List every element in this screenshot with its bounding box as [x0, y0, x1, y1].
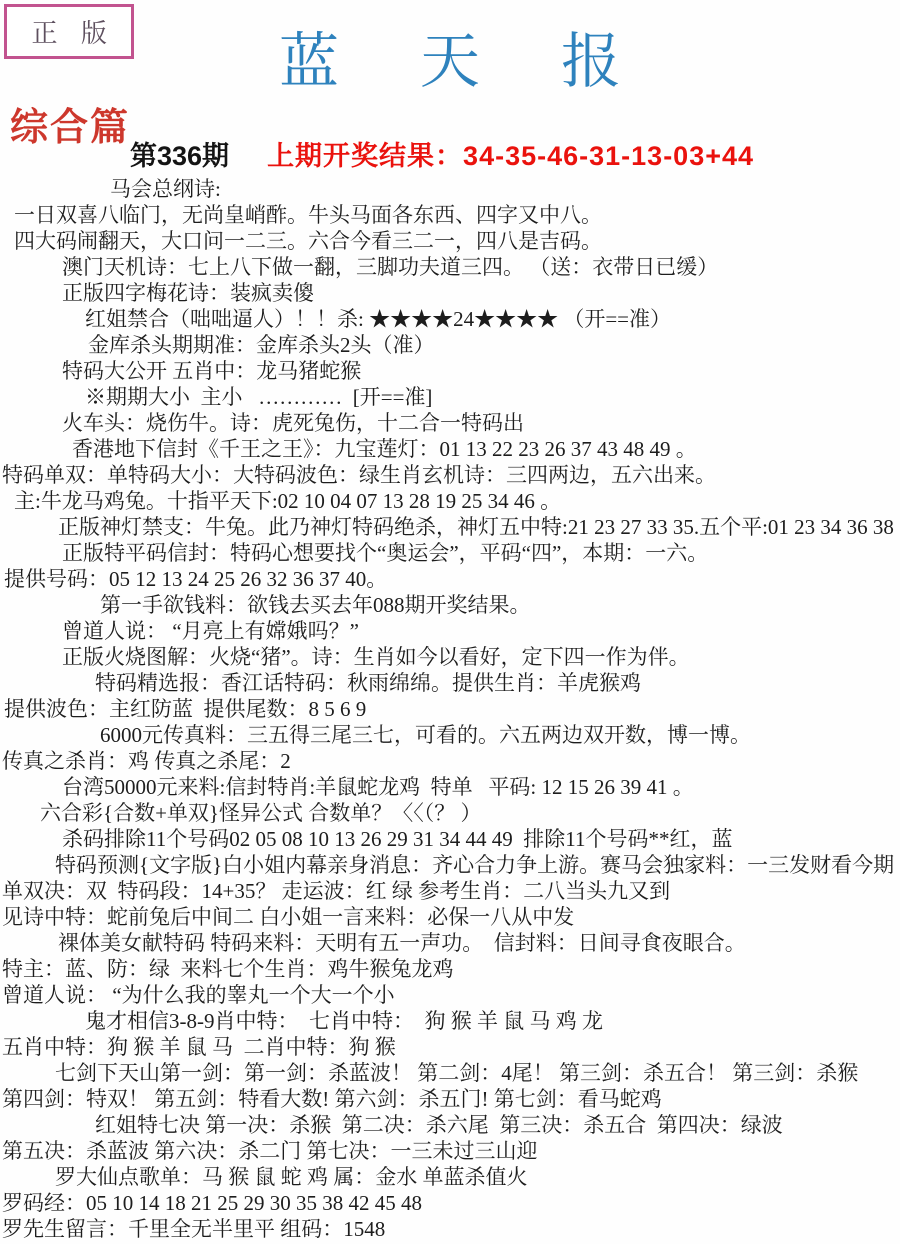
text-line: 第一手欲钱料：欲钱去买去年088期开奖结果。	[0, 592, 900, 618]
text-line: 6000元传真料：三五得三尾三七，可看的。六五两边双开数，博一博。	[0, 722, 900, 748]
text-line: 正版特平码信封：特码心想要找个“奥运会”，平码“四”，本期：一六。	[0, 540, 900, 566]
text-line: 曾道人说： “月亮上有嫦娥吗？”	[0, 618, 900, 644]
text-line: 七剑下天山第一剑：第一剑：杀蓝波！ 第二剑：4尾！ 第三剑：杀五合！ 第三剑：杀…	[0, 1060, 900, 1086]
text-line: 第四剑：特双！ 第五剑：特看大数! 第六剑：杀五门! 第七剑：看马蛇鸡	[0, 1086, 900, 1112]
text-line: 正版神灯禁支：牛兔。此乃神灯特码绝杀，神灯五中特:21 23 27 33 35.…	[0, 514, 900, 540]
text-line: 四大码闹翻天，大口问一二三。六合今看三二一，四八是吉码。	[0, 228, 900, 254]
text-line: 主:牛龙马鸡兔。十指平天下:02 10 04 07 13 28 19 25 34…	[0, 488, 900, 514]
page-title: 蓝天报	[0, 14, 900, 100]
newspaper-page: 正版 蓝天报 综合篇 第336期 上期开奖结果：34-35-46-31-13-0…	[0, 0, 900, 1244]
text-line: 罗先生留言：千里全无半里平 组码：1548	[0, 1216, 900, 1242]
text-line: 提供波色：主红防蓝 提供尾数：8 5 6 9	[0, 696, 900, 722]
text-line: ※期期大小 主小 ………… [开==准]	[0, 384, 900, 410]
text-line: 单双决：双 特码段：14+35？ 走运波：红 绿 参考生肖：二八当头九又到	[0, 878, 900, 904]
last-draw-result: 上期开奖结果：34-35-46-31-13-03+44	[267, 134, 754, 173]
issue-row: 第336期 上期开奖结果：34-35-46-31-13-03+44	[130, 134, 754, 173]
text-line: 金库杀头期期准：金库杀头2头（准）	[0, 332, 900, 358]
text-line: 特码单双：单特码大小：大特码波色：绿生肖玄机诗：三四两边，五六出来。	[0, 462, 900, 488]
text-line: 正版四字梅花诗：装疯卖傻	[0, 280, 900, 306]
text-line: 马会总纲诗:	[0, 176, 900, 202]
text-line: 台湾50000元来料:信封特肖:羊鼠蛇龙鸡 特单 平码: 12 15 26 39…	[0, 774, 900, 800]
text-line: 澳门天机诗：七上八下做一翻，三脚功夫道三四。 （送：衣带日已缓）	[0, 254, 900, 280]
text-line: 特码精选报：香江话特码：秋雨绵绵。提供生肖：羊虎猴鸡	[0, 670, 900, 696]
text-line: 曾道人说： “为什么我的睾丸一个大一个小	[0, 982, 900, 1008]
text-line: 红姐特七决 第一决：杀猴 第二决：杀六尾 第三决：杀五合 第四决：绿波	[0, 1112, 900, 1138]
text-line: 提供号码：05 12 13 24 25 26 32 36 37 40。	[0, 566, 900, 592]
text-line: 第五决：杀蓝波 第六决：杀二门 第七决：一三未过三山迎	[0, 1138, 900, 1164]
content-lines: 马会总纲诗:一日双喜八临门，无尚皇峭酢。牛头马面各东西、四字又中八。四大码闹翻天…	[0, 176, 900, 1242]
text-line: 香港地下信封《千王之王》：九宝莲灯：01 13 22 23 26 37 43 4…	[0, 436, 900, 462]
text-line: 正版火烧图解：火烧“猪”。诗：生肖如今以看好，定下四一作为伴。	[0, 644, 900, 670]
text-line: 五肖中特：狗 猴 羊 鼠 马 二肖中特：狗 猴	[0, 1034, 900, 1060]
text-line: 六合彩{合数+单双}怪异公式 合数单？〈〈（？ ）	[0, 800, 900, 826]
text-line: 特码大公开 五肖中：龙马猪蛇猴	[0, 358, 900, 384]
text-line: 罗大仙点歌单：马 猴 鼠 蛇 鸡 属：金水 单蓝杀值火	[0, 1164, 900, 1190]
text-line: 鬼才相信3-8-9肖中特： 七肖中特： 狗 猴 羊 鼠 马 鸡 龙	[0, 1008, 900, 1034]
section-title: 综合篇	[10, 96, 130, 151]
text-line: 特码预测{文字版}白小姐内幕亲身消息：齐心合力争上游。赛马会独家料：一三发财看今…	[0, 852, 900, 878]
text-line: 杀码排除11个号码02 05 08 10 13 26 29 31 34 44 4…	[0, 826, 900, 852]
text-line: 传真之杀肖：鸡 传真之杀尾：2	[0, 748, 900, 774]
text-line: 火车头：烧伤牛。诗：虎死兔伤，十二合一特码出	[0, 410, 900, 436]
issue-number: 第336期	[130, 134, 229, 173]
text-line: 特主：蓝、防：绿 来料七个生肖：鸡牛猴兔龙鸡	[0, 956, 900, 982]
text-line: 裸体美女献特码 特码来料：天明有五一声功。 信封料：日间寻食夜眼合。	[0, 930, 900, 956]
text-line: 红姐禁合（咄咄逼人）！！杀: ★★★★24★★★★ （开==准）	[0, 306, 900, 332]
text-line: 罗码经：05 10 14 18 21 25 29 30 35 38 42 45 …	[0, 1190, 900, 1216]
text-line: 一日双喜八临门，无尚皇峭酢。牛头马面各东西、四字又中八。	[0, 202, 900, 228]
text-line: 见诗中特：蛇前兔后中间二 白小姐一言来料：必保一八从中发	[0, 904, 900, 930]
